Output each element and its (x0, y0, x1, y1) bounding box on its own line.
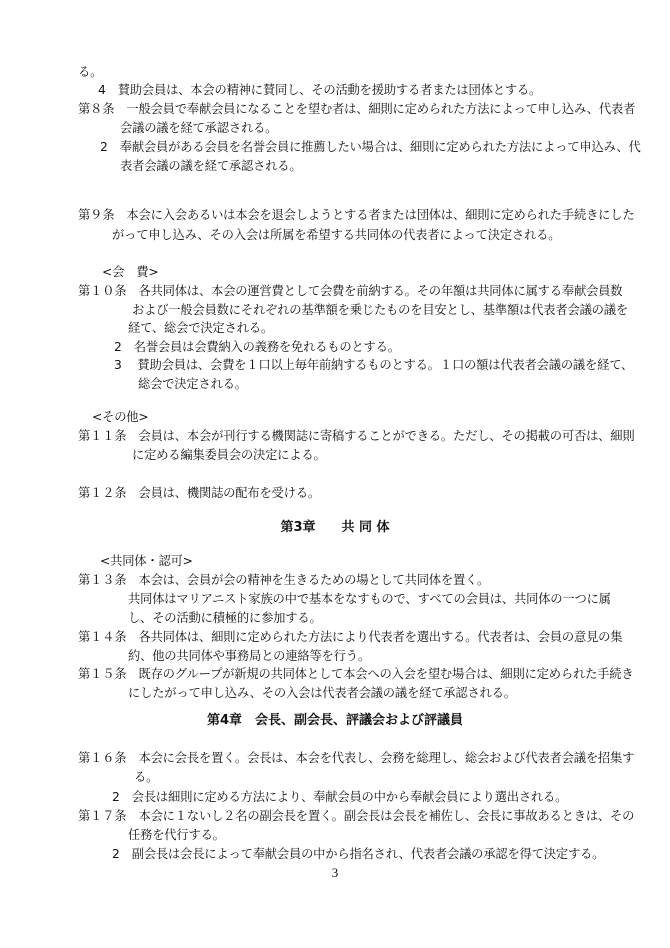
article-17-cont: 任務を代行する。 (128, 827, 225, 843)
article-10-cont-1: および一般会員数にそれぞれの基準額を乗じたものを目安とし、基準額は代表者会議の議… (132, 302, 628, 318)
article-11: 第１１条 会員は、本会が刊行する機関誌に寄稿することができる。ただし、その掲載の… (78, 428, 634, 444)
article-14: 第１４条 各共同体は、細則に定められた方法により代表者を選出する。代表者は、会員… (78, 629, 622, 645)
article-16-2: 2 会長は細則に定める方法により、奉献会員の中から奉献会員により選出される。 (112, 789, 567, 805)
article-12: 第１２条 会員は、機関誌の配布を受ける。 (78, 485, 320, 501)
clause-7-4: 4 賛助会員は、本会の精神に賛同し、その活動を援助する者または団体とする。 (98, 82, 541, 98)
article-10: 第１０条 各共同体は、本会の運営費として会費を前納する。その年額は共同体に属する… (78, 283, 622, 299)
article-8-cont: 会議の議を経て承認される。 (120, 120, 277, 136)
chapter-4-heading: 第4章 会長、副会長、評議会および評議員 (0, 712, 670, 730)
article-10-2: 2 名誉会員は会費納入の義務を免れるものとする。 (114, 339, 400, 355)
article-8-2-cont: 表者会議の議を経て承認される。 (120, 158, 301, 174)
article-8: 第８条 一般会員で奉献会員になることを望む者は、細則に定められた方法によって申し… (78, 101, 635, 117)
article-13-cont-2: し、その活動に積極的に参加する。 (128, 610, 322, 626)
article-8-2: 2 奉献会員がある会員を名誉会員に推薦したい場合は、細則に定められた方法によって… (100, 139, 641, 155)
article-16: 第１６条 本会に会長を置く。会長は、本会を代表し、会務を総理し、総会および代表者… (78, 750, 634, 766)
chapter-3-heading: 第3章 共 同 体 (0, 519, 670, 537)
article-10-cont-2: 経て、総会で決定される。 (128, 320, 273, 336)
page-number: 3 (0, 865, 670, 881)
article-9-cont: がって申し込み、その入会は所属を希望する共同体の代表者によって決定される。 (112, 227, 560, 243)
article-10-3-cont: 総会で決定される。 (138, 376, 247, 392)
article-17: 第１７条 本会に１ないし２名の副会長を置く。副会長は会長を補佐し、会長に事故ある… (78, 808, 634, 824)
article-11-cont: に定める編集委員会の決定による。 (132, 447, 326, 463)
article-14-cont: 約、他の共同体や事務局との連絡等を行う。 (128, 648, 370, 664)
article-13: 第１３条 本会は、会員が会の精神を生きるための場として共同体を置く。 (78, 572, 489, 588)
section-label-other: <その他> (92, 409, 149, 425)
article-13-cont-1: 共同体はマリアニスト家族の中で基本をなすもので、すべての会員は、共同体の一つに属 (128, 591, 611, 607)
article-17-2: 2 副会長は会長によって奉献会員の中から指名され、代表者会議の承認を得て決定する… (112, 846, 604, 862)
article-16-cont: る。 (134, 769, 158, 785)
section-label-community: <共同体・認可> (100, 553, 193, 569)
article-10-3: 3 賛助会員は、会費を１口以上毎年前納するものとする。１口の額は代表者会議の議を… (114, 357, 633, 373)
section-label-fees: <会 費> (102, 264, 159, 280)
article-15: 第１５条 既存のグループが新規の共同体として本会への入会を望む場合は、細則に定め… (78, 666, 633, 682)
text-line: る。 (78, 64, 102, 80)
article-15-cont: にしたがって申し込み、その入会は代表者会議の議を経て承認される。 (128, 685, 516, 701)
article-9: 第９条 本会に入会あるいは本会を退会しようとする者または団体は、細則に定められた… (78, 207, 634, 223)
